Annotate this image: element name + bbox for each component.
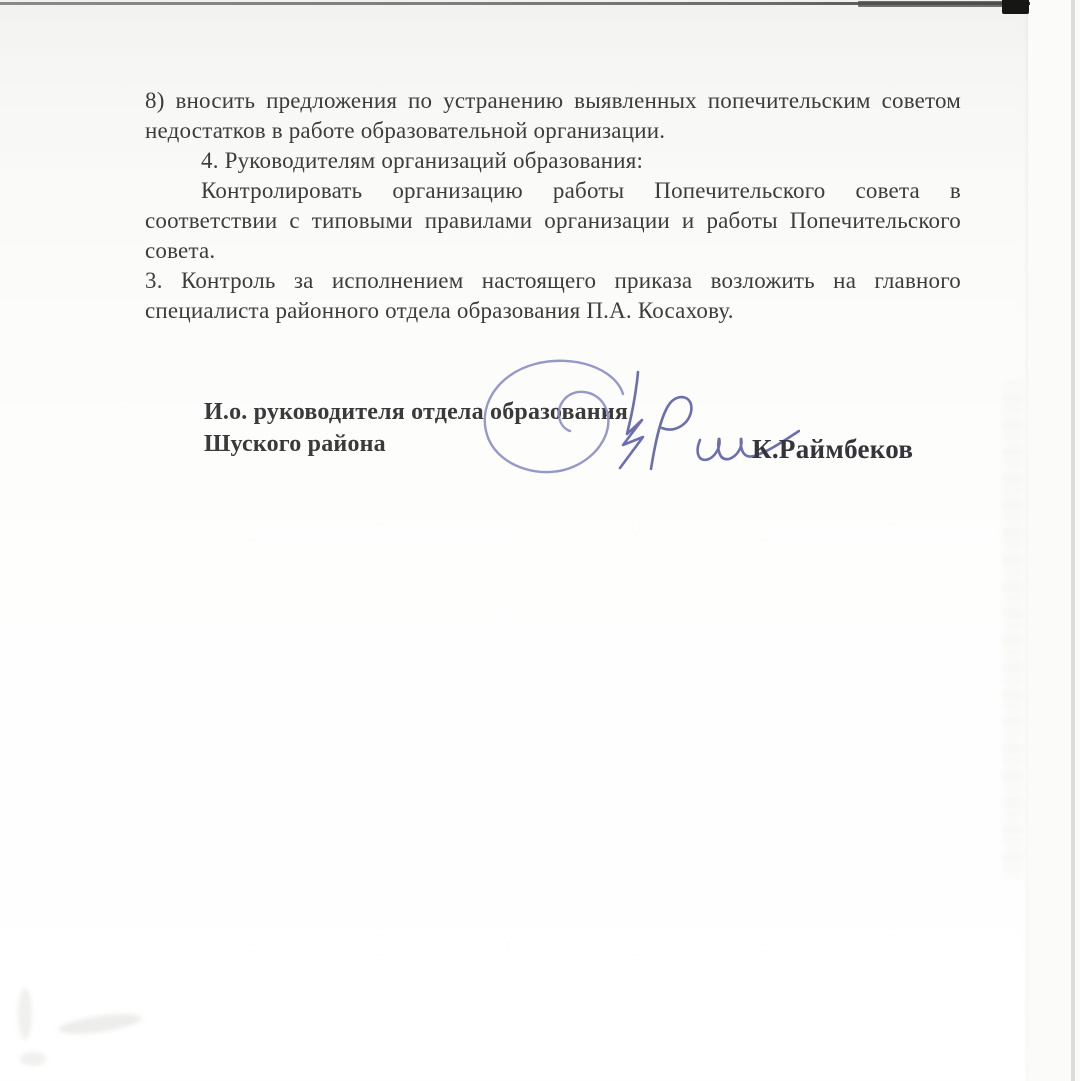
paragraph-item-8: 8) вносить предложения по устранению выя… — [145, 86, 961, 146]
paragraph-control-duty: Контролировать организацию работы Попечи… — [145, 176, 961, 266]
scan-corner-artifact — [1002, 0, 1029, 14]
scan-smudge — [20, 1052, 46, 1066]
scan-smudge — [57, 1010, 142, 1038]
scanned-page: 8) вносить предложения по устранению выя… — [0, 0, 1028, 1081]
scan-right-edge-line — [1071, 0, 1075, 1081]
scan-smudge — [18, 988, 32, 1040]
page-bleedthrough-artifact — [1002, 380, 1024, 880]
handwritten-signature-icon — [455, 352, 800, 487]
paragraph-point-3: 3. Контроль за исполнением настоящего пр… — [145, 266, 961, 326]
signer-name: К.Раймбеков — [752, 434, 913, 465]
document-body: 8) вносить предложения по устранению выя… — [145, 86, 961, 326]
scan-top-edge-shadow — [858, 1, 1006, 7]
paragraph-point-4: 4. Руководителям организаций образования… — [145, 146, 961, 176]
